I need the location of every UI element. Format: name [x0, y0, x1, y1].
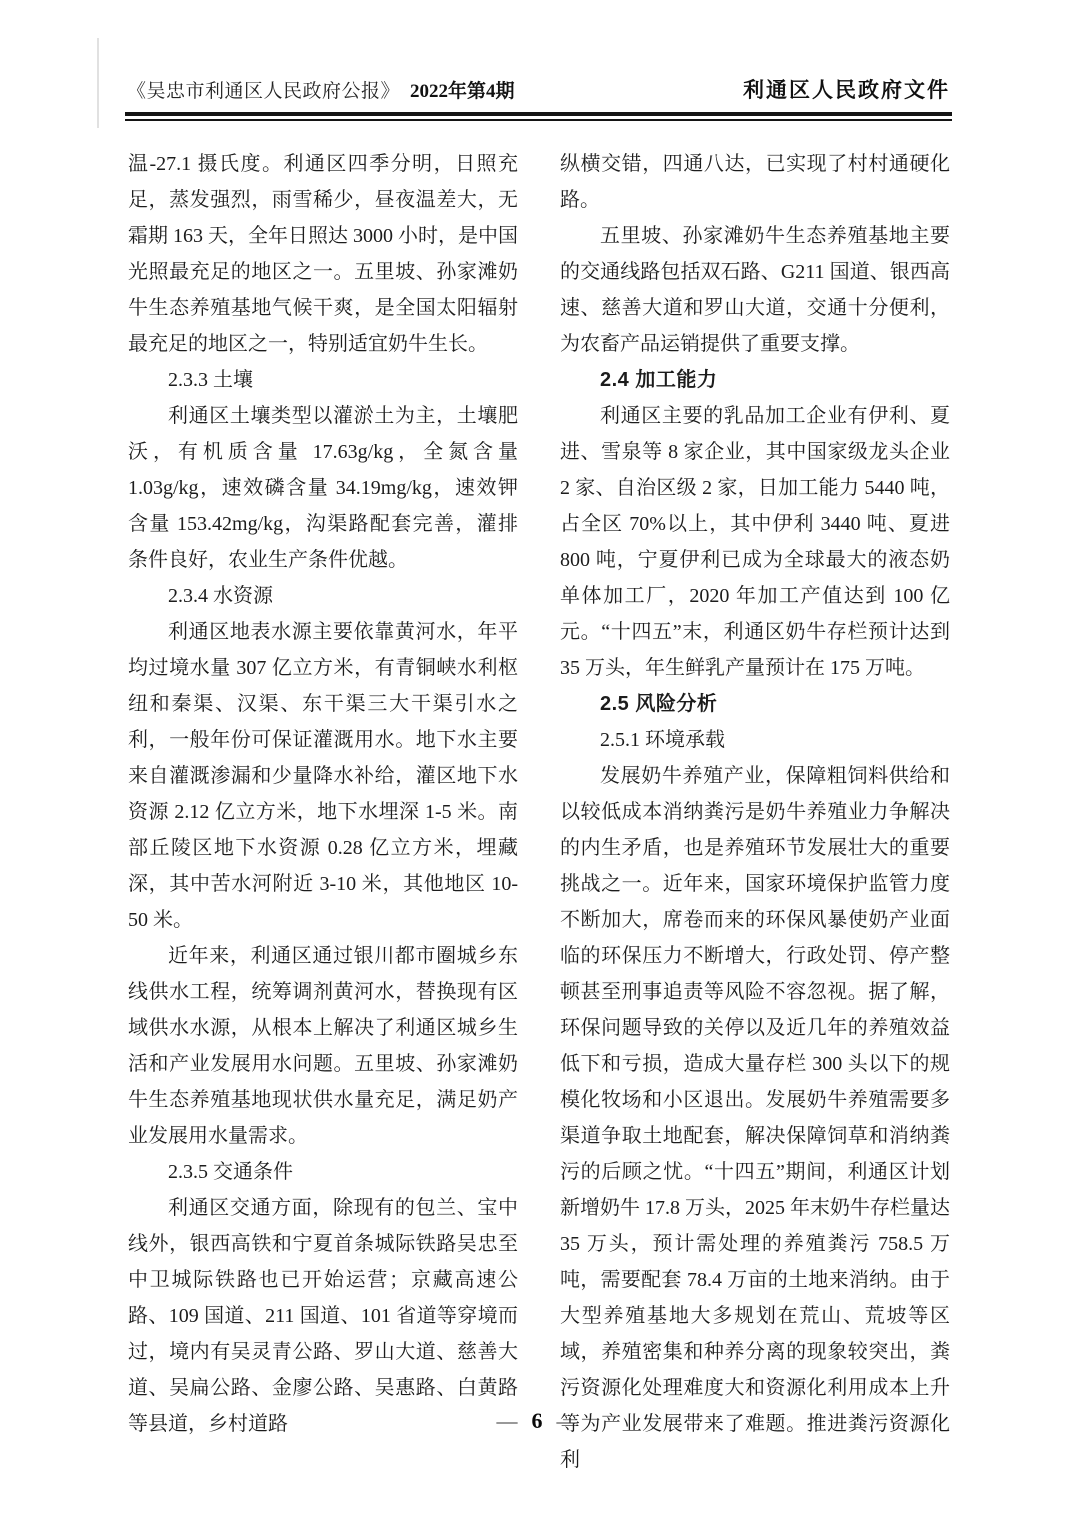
left-column: 温-27.1 摄氏度。利通区四季分明，日照充足，蒸发强烈，雨雪稀少，昼夜温差大，… — [128, 146, 518, 1478]
text-block-paragraph: 近年来，利通区通过银川都市圈城乡东线供水工程，统筹调剂黄河水，替换现有区域供水水… — [128, 938, 518, 1154]
gazette-issue: 2022年第4期 — [410, 76, 515, 103]
text-block-paragraph: 五里坡、孙家滩奶牛生态养殖基地主要的交通线路包括双石路、G211 国道、银西高速… — [560, 218, 950, 362]
text-block-subheading: 2.3.5 交通条件 — [128, 1154, 518, 1190]
gazette-title: 《吴忠市利通区人民政府公报》 — [127, 76, 400, 103]
page-header: 《吴忠市利通区人民政府公报》 2022年第4期 利通区人民政府文件 — [127, 74, 950, 104]
gazette-page: 《吴忠市利通区人民政府公报》 2022年第4期 利通区人民政府文件 温-27.1… — [0, 0, 1074, 1520]
scan-edge-artifact — [97, 38, 99, 128]
header-left-group: 《吴忠市利通区人民政府公报》 2022年第4期 — [127, 76, 515, 103]
text-block-paragraph: 利通区交通方面，除现有的包兰、宝中线外，银西高铁和宁夏首条城际铁路吴忠至中卫城际… — [128, 1190, 518, 1442]
text-block-paragraph: 发展奶牛养殖产业，保障粗饲料供给和以较低成本消纳粪污是奶牛养殖业力争解决的内生矛… — [560, 758, 950, 1478]
text-block-continuation: 温-27.1 摄氏度。利通区四季分明，日照充足，蒸发强烈，雨雪稀少，昼夜温差大，… — [128, 146, 518, 362]
page-number: 6 — [532, 1408, 543, 1433]
right-column: 纵横交错，四通八达，已实现了村村通硬化路。五里坡、孙家滩奶牛生态养殖基地主要的交… — [560, 146, 950, 1478]
text-block-subheading: 2.3.4 水资源 — [128, 578, 518, 614]
document-type-label: 利通区人民政府文件 — [743, 74, 950, 104]
text-block-heading: 2.5 风险分析 — [560, 686, 950, 722]
text-block-subheading: 2.5.1 环境承载 — [560, 722, 950, 758]
text-block-subheading: 2.3.3 土壤 — [128, 362, 518, 398]
footer-left-dash: — — [483, 1409, 532, 1433]
text-block-paragraph: 利通区地表水源主要依靠黄河水，年平均过境水量 307 亿立方米，有青铜峡水利枢纽… — [128, 614, 518, 938]
text-block-continuation: 纵横交错，四通八达，已实现了村村通硬化路。 — [560, 146, 950, 218]
document-body: 温-27.1 摄氏度。利通区四季分明，日照充足，蒸发强烈，雨雪稀少，昼夜温差大，… — [128, 146, 950, 1478]
text-block-paragraph: 利通区土壤类型以灌淤土为主，土壤肥沃，有机质含量 17.63g/kg，全氮含量 … — [128, 398, 518, 578]
text-block-heading: 2.4 加工能力 — [560, 362, 950, 398]
footer-right-dash: — — [543, 1409, 592, 1433]
header-rule-thick — [125, 112, 952, 116]
page-footer: —6— — [0, 1408, 1074, 1434]
header-rule-thin — [125, 119, 952, 121]
text-block-paragraph: 利通区主要的乳品加工企业有伊利、夏进、雪泉等 8 家企业，其中国家级龙头企业 2… — [560, 398, 950, 686]
header-rule — [125, 112, 952, 121]
